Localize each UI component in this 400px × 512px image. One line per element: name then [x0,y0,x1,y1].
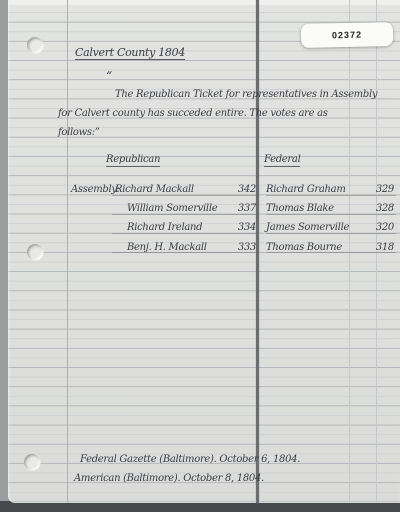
left-margin-rule [67,0,68,503]
citation-american: American (Baltimore). October 8, 1804. [74,473,264,485]
entry-rule-line [266,233,396,234]
entry-rule-line [112,195,258,196]
ledger-paper: 02372 Calvert County 1804 “ The Republic… [8,0,400,503]
entry-rule-line [112,233,258,234]
document-title: Calvert County 1804 [75,46,185,60]
entry-rule-line [112,214,258,215]
entry-rule-line [266,252,396,253]
column-header-federal: Federal [264,154,300,167]
punch-hole-middle [27,244,43,260]
punch-hole-top [27,37,43,53]
punch-hole-bottom [24,454,40,470]
body-line-3: follows:” [58,127,100,139]
entry-rule-line [266,195,396,196]
body-line-1: The Republican Ticket for representative… [115,89,377,101]
scanned-document-view: 02372 Calvert County 1804 “ The Republic… [0,0,400,512]
opening-quote-mark: “ [106,70,112,82]
citation-federal-gazette: Federal Gazette (Baltimore). October 6, … [80,454,300,466]
catalog-number: 02372 [332,30,362,41]
entry-rule-line [112,252,258,253]
body-line-2: for Calvert county has succeded entire. … [58,108,328,120]
column-header-republican: Republican [106,154,160,167]
catalog-sticker: 02372 [301,22,393,48]
entry-rule-line [266,214,396,215]
